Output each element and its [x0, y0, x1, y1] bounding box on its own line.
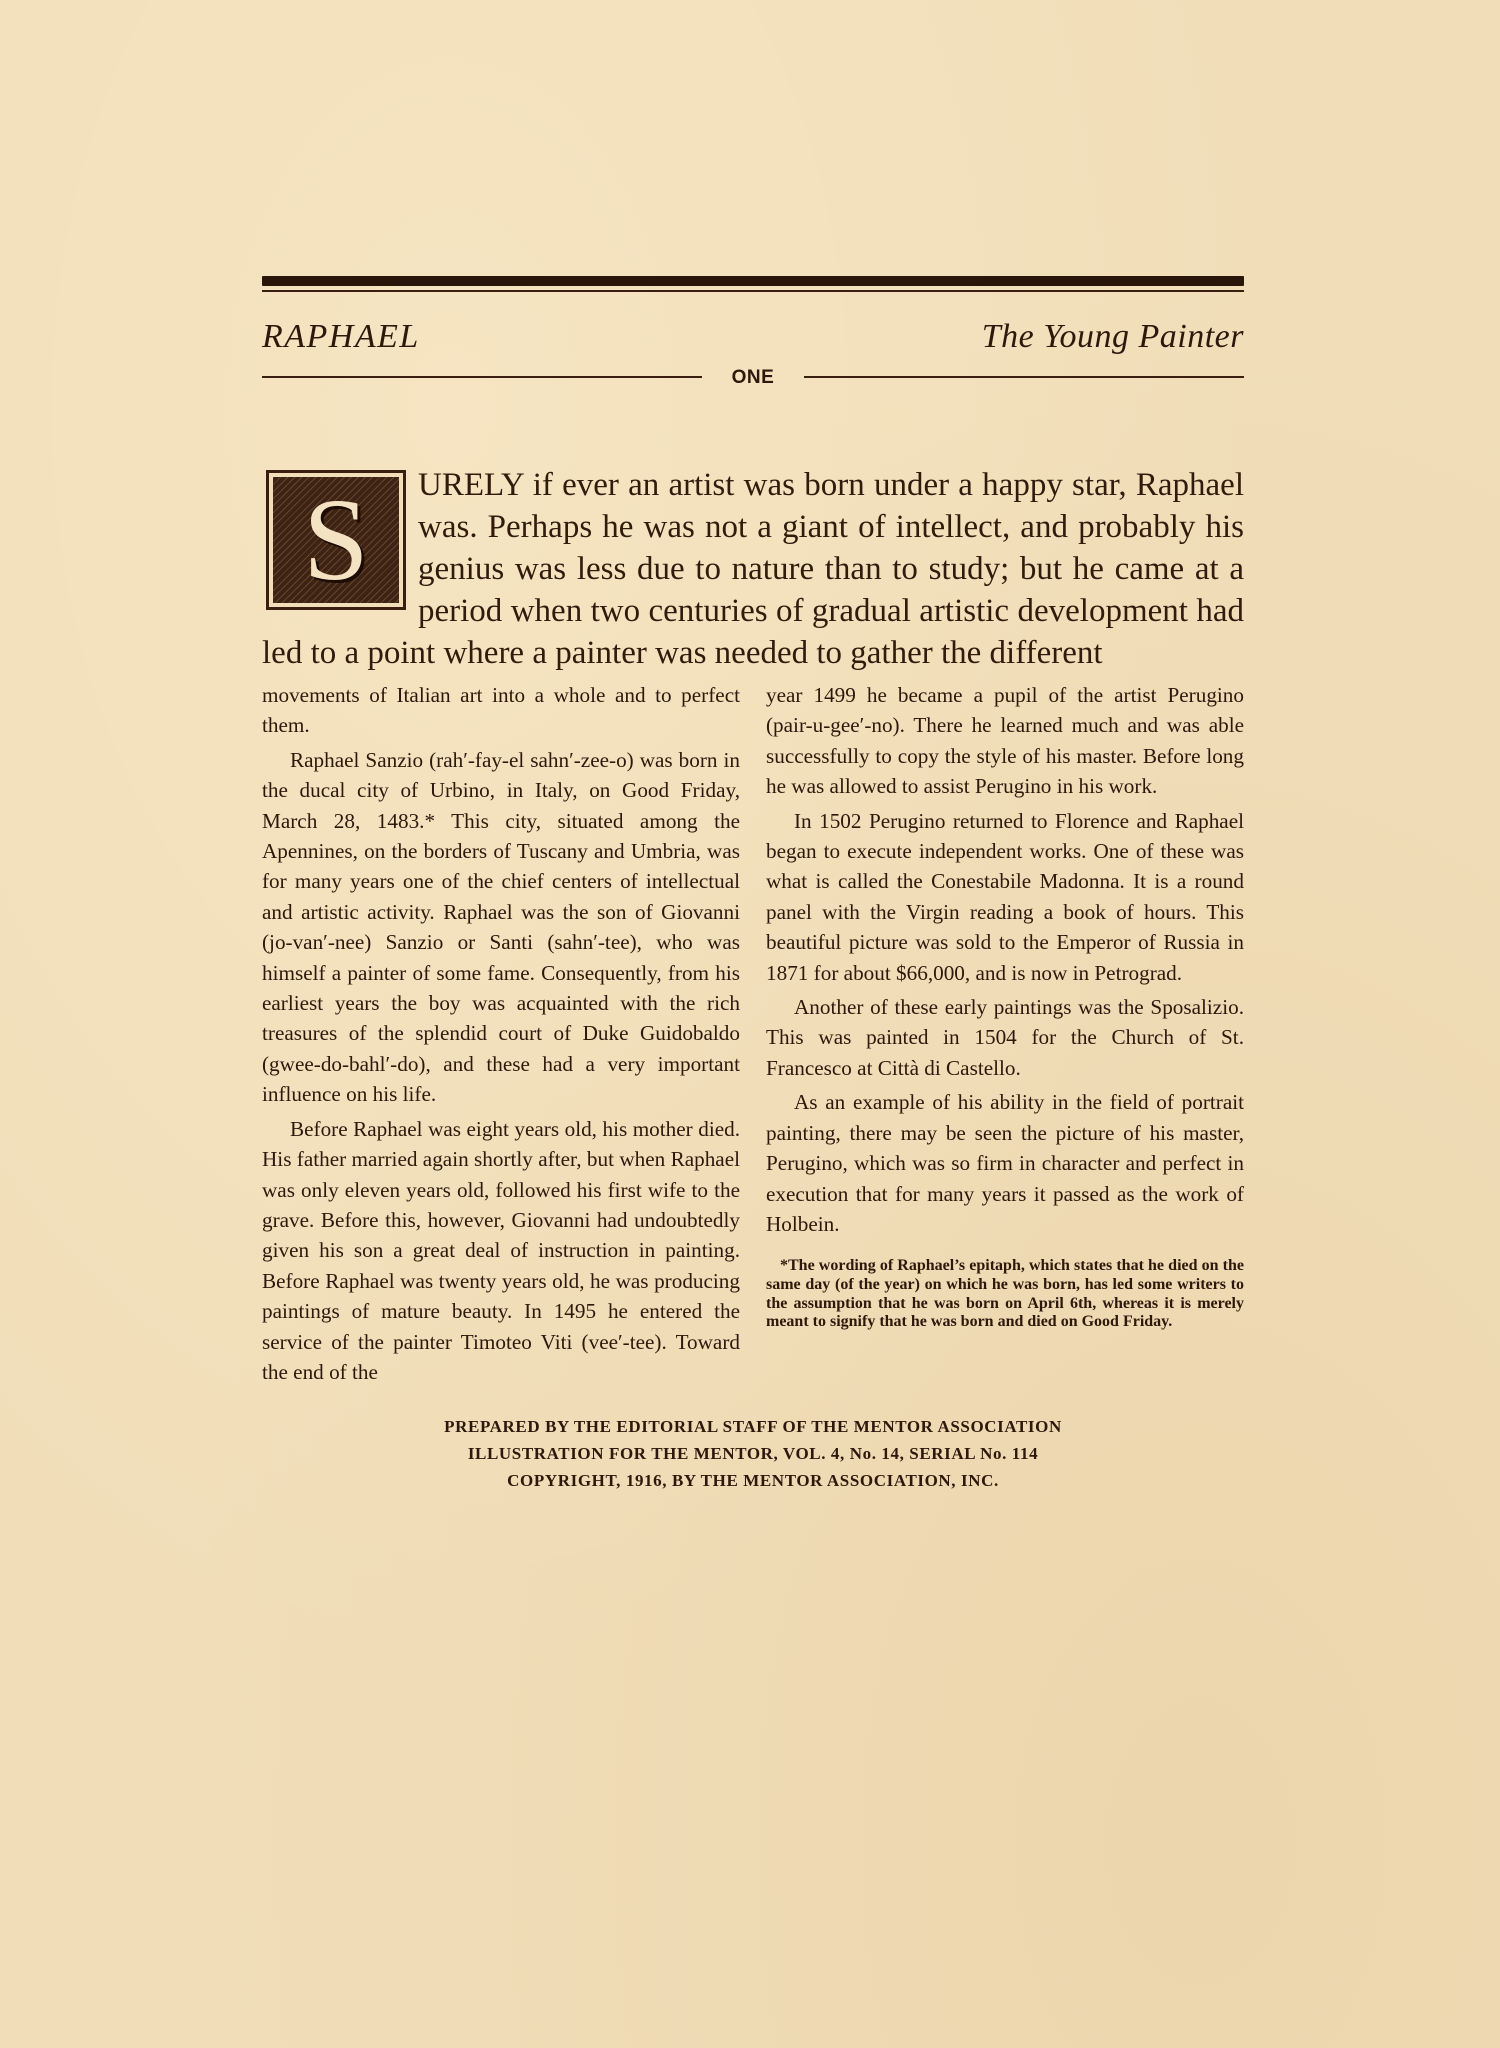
paragraph: movements of Italian art into a whole an…	[262, 680, 740, 741]
section-label: ONE	[702, 367, 805, 389]
top-thin-rule	[262, 290, 1244, 292]
top-heavy-rule	[262, 276, 1244, 286]
drop-cap-letter: S	[273, 477, 399, 603]
section-divider: ONE	[262, 366, 1244, 388]
colophon-line-editorial: PREPARED BY THE EDITORIAL STAFF OF THE M…	[262, 1413, 1244, 1440]
divider-line-left	[262, 376, 702, 378]
paragraph: As an example of his ability in the fiel…	[766, 1087, 1244, 1239]
paragraph: year 1499 he became a pupil of the artis…	[766, 680, 1244, 802]
running-head: RAPHAEL The Young Painter	[262, 318, 1244, 356]
lede-text: URELY if ever an artist was born under a…	[262, 467, 1244, 671]
left-column: movements of Italian art into a whole an…	[262, 680, 740, 1387]
body-columns: movements of Italian art into a whole an…	[262, 680, 1244, 1387]
divider-line-right	[804, 376, 1244, 378]
right-column: year 1499 he became a pupil of the artis…	[766, 680, 1244, 1387]
paragraph: Another of these early paintings was the…	[766, 992, 1244, 1083]
colophon-line-copyright: COPYRIGHT, 1916, BY THE MENTOR ASSOCIATI…	[262, 1467, 1244, 1494]
paragraph: Before Raphael was eight years old, his …	[262, 1114, 740, 1388]
paragraph: Raphael Sanzio (rah′-fay-el sahn′-zee-o)…	[262, 745, 740, 1110]
colophon: PREPARED BY THE EDITORIAL STAFF OF THE M…	[262, 1413, 1244, 1494]
document-page: RAPHAEL The Young Painter ONE S URELY if…	[262, 276, 1244, 1494]
running-head-right-title: The Young Painter	[982, 318, 1244, 356]
lede-paragraph: S URELY if ever an artist was born under…	[262, 464, 1244, 674]
running-head-left-title: RAPHAEL	[262, 318, 420, 356]
colophon-line-illustration: ILLUSTRATION FOR THE MENTOR, VOL. 4, No.…	[262, 1440, 1244, 1467]
paragraph: In 1502 Perugino returned to Florence an…	[766, 806, 1244, 988]
drop-cap-frame: S	[266, 470, 406, 610]
footnote: *The wording of Raphael’s epitaph, which…	[766, 1257, 1244, 1331]
